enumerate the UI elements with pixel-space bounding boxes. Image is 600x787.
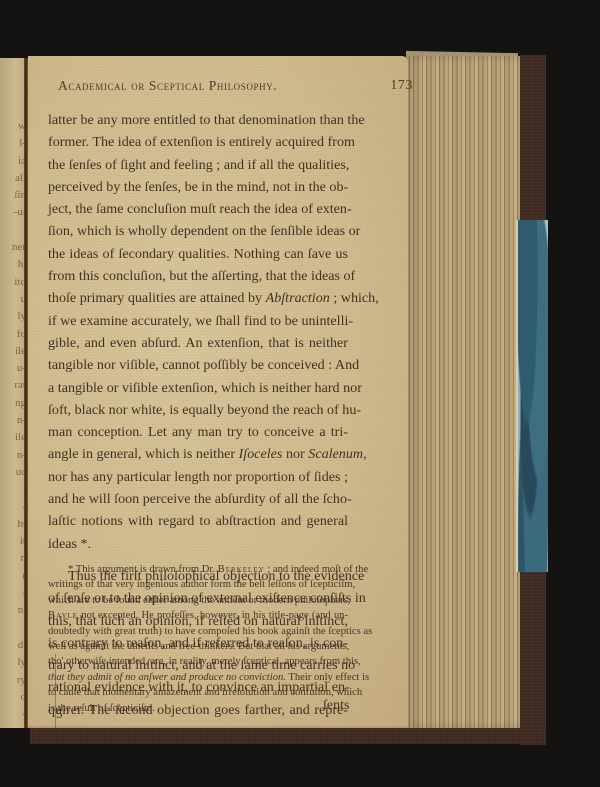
text-line: from this concluſion, but the aſſerting,… — [48, 265, 348, 287]
text-line: tangible nor viſible, cannot poſſibly be… — [48, 354, 348, 376]
author-name-bayle: Bayle — [48, 610, 78, 621]
page-header: Academical or Sceptical Philosophy. 173 — [58, 78, 418, 98]
text-line: if we examine accurately, we ſhall find … — [48, 310, 348, 332]
italic-term-scalenum: Scalenum — [308, 446, 363, 462]
text-line: ſoft, black nor white, is equally beyond… — [48, 399, 348, 421]
marbled-board-paper — [516, 220, 548, 572]
footnote-line: Bayle not excepted. He profeſſes, howeve… — [48, 608, 348, 623]
page-number: 173 — [390, 78, 413, 94]
text-line: latter be any more entitled to that deno… — [48, 109, 348, 131]
catchword: ſents — [323, 698, 349, 714]
text-line: thoſe primary qualities are attained by … — [48, 287, 348, 309]
text-line: the ſenſes of ſight and feeling ; and if… — [48, 154, 348, 176]
book-page: Academical or Sceptical Philosophy. 173 … — [28, 56, 408, 728]
signature-mark: 5 — [56, 706, 63, 722]
previous-page-edge: w l- ia all ſin -uſ ner h, ito u ly fo i… — [0, 58, 26, 728]
text-run: ; which, — [330, 290, 379, 306]
previous-page-text-fragments: w l- ia all ſin -uſ ner h, ito u ly fo i… — [0, 118, 26, 723]
text-line: laſtic notions with regard to abſtractio… — [48, 510, 348, 532]
text-line: a tangible or viſible extenſion, which i… — [48, 377, 348, 399]
text-line: ject, the ſame concluſion muſt reach the… — [48, 198, 348, 220]
author-name-berkeley: Berkeley — [218, 564, 265, 575]
text-line: and he will ſoon perceive the abſurdity … — [48, 488, 348, 510]
text-run: * This argument is drawn from Dr. — [68, 564, 218, 575]
footnote-line: well as againſt the atheiſts and free-th… — [48, 639, 348, 654]
text-run: not excepted. He profeſſes, however, in … — [78, 610, 348, 621]
footnote-line: tho' otherwiſe intended, are, in reality… — [48, 654, 348, 669]
text-run: Their only effect is — [286, 672, 369, 683]
footnote-line: is the reſult of ſcepticiſm. — [48, 701, 348, 716]
text-line: nor has any particular length nor propor… — [48, 466, 348, 488]
footnote-line: doubtedly with great truth) to have comp… — [48, 624, 348, 639]
running-title: Academical or Sceptical Philosophy. — [58, 78, 277, 94]
text-line: former. The idea of extenſion is entirel… — [48, 131, 348, 153]
text-line: perceived by the ſenſes, be in the mind,… — [48, 176, 348, 198]
footnote-line: writings of that very ingenious author f… — [48, 577, 348, 592]
text-line: angle in general, which is neither Iſoce… — [48, 443, 348, 465]
italic-term-abstraction: Abſtraction — [266, 290, 330, 306]
footnote-line: * This argument is drawn from Dr. Berkel… — [48, 562, 348, 577]
italic-quote: that they admit of no anſwer and produce… — [48, 672, 286, 683]
text-run: , — [363, 446, 367, 462]
footnote: * This argument is drawn from Dr. Berkel… — [48, 562, 348, 716]
footnote-line: which are to be found either among the a… — [48, 593, 348, 608]
page-block-fore-edge — [406, 56, 524, 728]
italic-term-isosceles: Iſoceles — [239, 446, 283, 462]
footnote-line: to cauſe that momentary amazement and ir… — [48, 685, 348, 700]
footnote-line: that they admit of no anſwer and produce… — [48, 670, 348, 685]
text-run: angle in general, which is neither — [48, 446, 239, 462]
text-line: the ideas of ſecondary qualities. Nothin… — [48, 243, 348, 265]
text-line: gible, and even abſurd. An extenſion, th… — [48, 332, 348, 354]
text-line: man conception. Let any man try to conce… — [48, 421, 348, 443]
leather-cover-bottom — [30, 728, 546, 744]
text-line: ſion, which is wholly dependent on the ſ… — [48, 220, 348, 242]
text-run: nor — [282, 446, 308, 462]
text-run: thoſe primary qualities are attained by — [48, 290, 266, 306]
text-line: ideas *. — [48, 533, 348, 555]
book-photograph: w l- ia all ſin -uſ ner h, ito u ly fo i… — [0, 0, 600, 787]
text-run: ; and indeed moſt of the — [265, 564, 369, 575]
